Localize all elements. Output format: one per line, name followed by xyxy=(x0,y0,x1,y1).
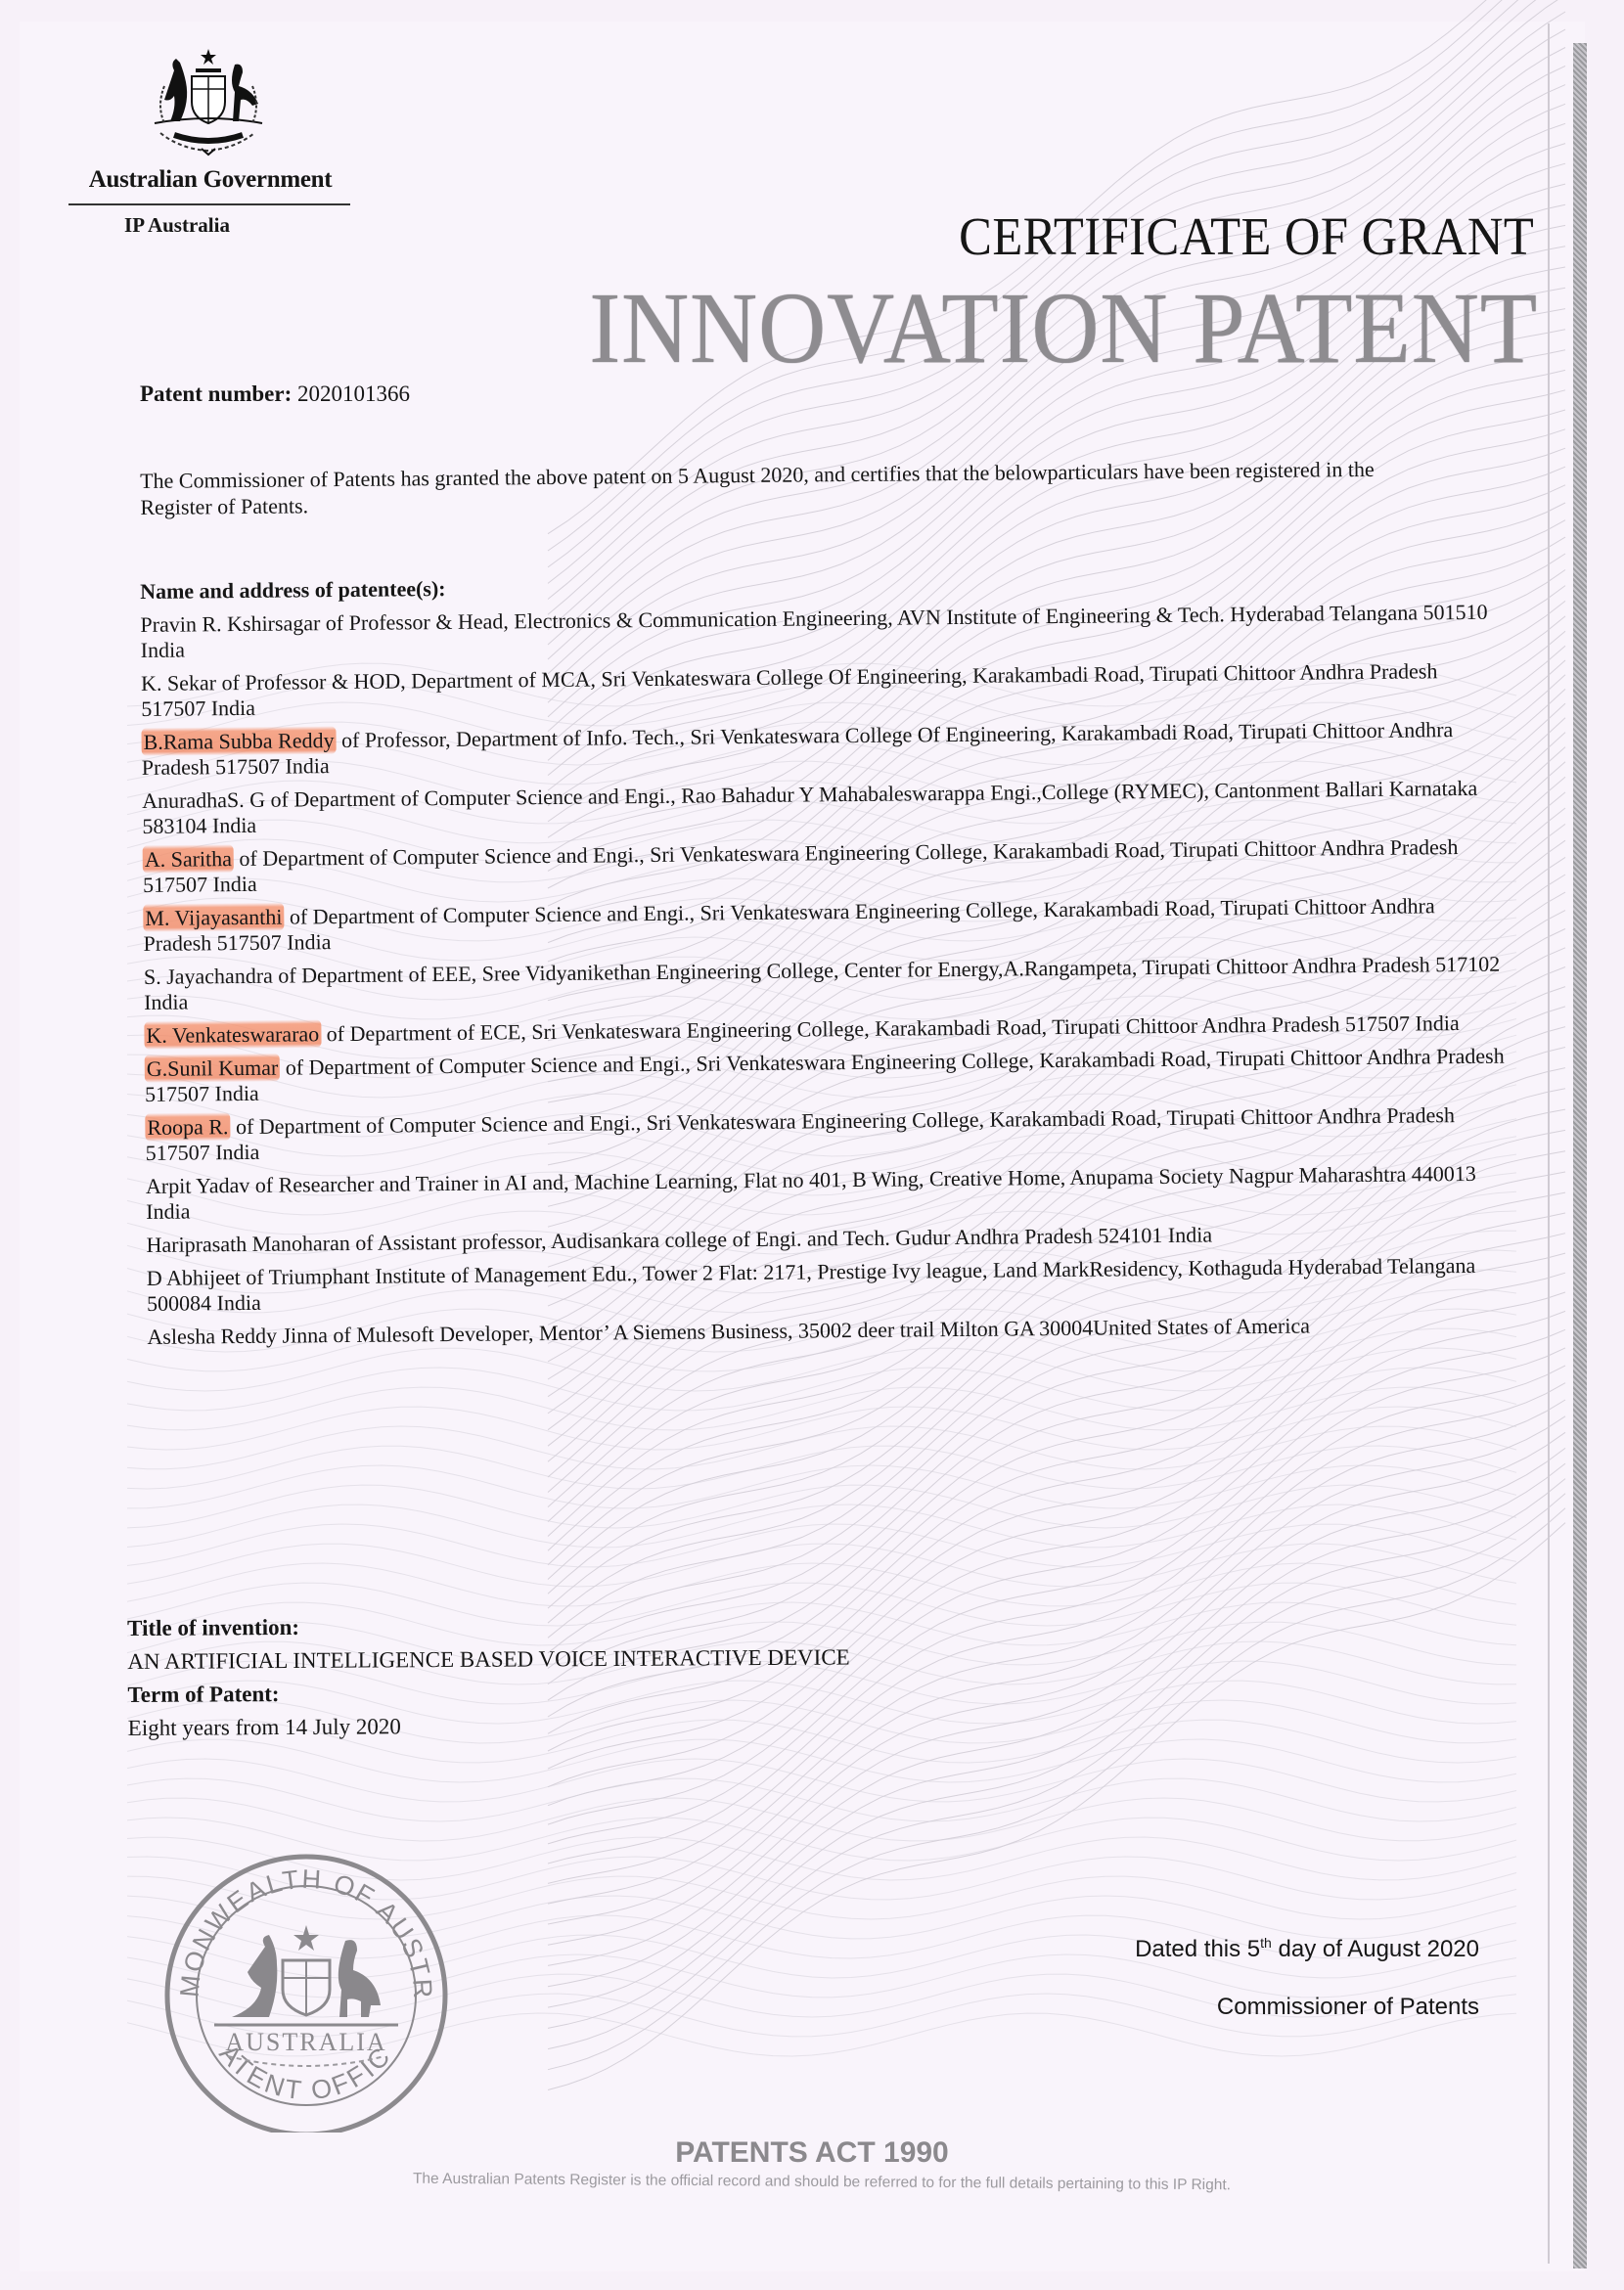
patentee-address: of Triumphant Institute of Management Ed… xyxy=(147,1253,1475,1316)
patentee-address: of Department of EEE, Sree Vidyanikethan… xyxy=(144,952,1500,1014)
invention-section: Title of invention: AN ARTIFICIAL INTELL… xyxy=(127,1605,1204,1745)
signatory: Commissioner of Patents xyxy=(1217,1994,1479,2021)
patentee-name: S. Jayachandra xyxy=(144,964,273,989)
patentee-entry: M. Vijayasanthi of Department of Compute… xyxy=(143,893,1503,957)
patents-act: PATENTS ACT 1990 xyxy=(0,2136,1624,2170)
patentee-entry: Roopa R. of Department of Computer Scien… xyxy=(145,1102,1505,1166)
patentee-entry: Hariprasath Manoharan of Assistant profe… xyxy=(146,1220,1506,1258)
patentee-list: Pravin R. Kshirsagar of Professor & Head… xyxy=(140,600,1516,1350)
term-value: Eight years from 14 July 2020 xyxy=(128,1705,1204,1745)
patentee-address: of Professor & Head, Electronics & Commu… xyxy=(141,600,1488,662)
coat-of-arms-icon xyxy=(135,47,282,157)
patentee-name: K. Sekar xyxy=(141,670,216,696)
patent-number-label: Patent number: xyxy=(140,382,292,406)
patent-number: Patent number: 2020101366 xyxy=(140,382,410,407)
patentee-name: D Abhijeet xyxy=(147,1265,241,1290)
patentee-entry: AnuradhaS. G of Department of Computer S… xyxy=(142,776,1502,839)
svg-text:AUSTRALIA: AUSTRALIA xyxy=(225,2028,386,2056)
patentee-address: of Assistant professor, Audisankara coll… xyxy=(350,1223,1212,1255)
patentee-address: of Department of Computer Science and En… xyxy=(146,1102,1456,1165)
patentee-name: Hariprasath Manoharan xyxy=(146,1231,350,1257)
patentee-entry: Pravin R. Kshirsagar of Professor & Head… xyxy=(140,600,1500,663)
patentee-address: of Professor & HOD, Department of MCA, S… xyxy=(141,658,1437,721)
patentee-address: of Department of Computer Science and En… xyxy=(145,1044,1505,1106)
patentee-name: Pravin R. Kshirsagar xyxy=(140,610,320,637)
patentee-address: of Professor, Department of Info. Tech.,… xyxy=(142,717,1454,780)
dated-line: Dated this 5th day of August 2020 xyxy=(1135,1935,1479,1963)
patentee-name: Roopa R. xyxy=(145,1112,230,1142)
patentee-entry: G.Sunil Kumar of Department of Computer … xyxy=(145,1044,1505,1107)
patentee-address: of Department of Computer Science and En… xyxy=(142,776,1477,838)
patentee-entry: D Abhijeet of Triumphant Institute of Ma… xyxy=(147,1253,1507,1317)
patent-office-seal-icon: COMMONWEALTH OF AUSTRALIA PATENT OFFICE … xyxy=(159,1839,453,2133)
patentee-name: Arpit Yadav xyxy=(146,1173,250,1198)
patent-type-title: INNOVATION PATENT xyxy=(589,270,1538,386)
government-name: Australian Government xyxy=(68,166,352,194)
patentee-address: of Department of ECE, Sri Venkateswara E… xyxy=(321,1010,1460,1046)
patentee-entry: K. Venkateswararao of Department of ECE,… xyxy=(144,1010,1504,1049)
agency-name: IP Australia xyxy=(68,213,286,238)
patentee-name: Aslesha Reddy Jinna xyxy=(147,1323,328,1349)
patentee-entry: Arpit Yadav of Researcher and Trainer in… xyxy=(146,1161,1506,1225)
page-edge-line xyxy=(1548,23,1550,2264)
patentee-entry: B.Rama Subba Reddy of Professor, Departm… xyxy=(141,717,1501,781)
patentees-section: Name and address of patentee(s): Pravin … xyxy=(140,566,1516,1350)
patentee-name: K. Venkateswararao xyxy=(144,1019,321,1050)
certificate-title: CERTIFICATE OF GRANT xyxy=(959,205,1534,267)
patentee-address: of Department of Computer Science and En… xyxy=(143,893,1434,956)
right-border-stripe xyxy=(1573,43,1587,2268)
patentee-name: B.Rama Subba Reddy xyxy=(141,726,336,756)
patentee-entry: A. Saritha of Department of Computer Sci… xyxy=(143,834,1503,898)
patentee-address: of Researcher and Trainer in AI and, Mac… xyxy=(146,1161,1476,1224)
patentee-name: M. Vijayasanthi xyxy=(143,903,284,932)
patentee-name: AnuradhaS. G xyxy=(142,787,265,813)
header-divider xyxy=(68,203,350,205)
patentee-address: of Department of Computer Science and En… xyxy=(143,834,1459,897)
patentee-name: G.Sunil Kumar xyxy=(145,1054,281,1083)
patent-number-value: 2020101366 xyxy=(297,382,410,406)
patentee-entry: K. Sekar of Professor & HOD, Department … xyxy=(141,658,1501,722)
patentee-entry: S. Jayachandra of Department of EEE, Sre… xyxy=(144,952,1504,1015)
svg-text:COMMONWEALTH OF AUSTRALIA: COMMONWEALTH OF AUSTRALIA xyxy=(159,1839,437,2000)
patentee-name: A. Saritha xyxy=(143,844,234,874)
